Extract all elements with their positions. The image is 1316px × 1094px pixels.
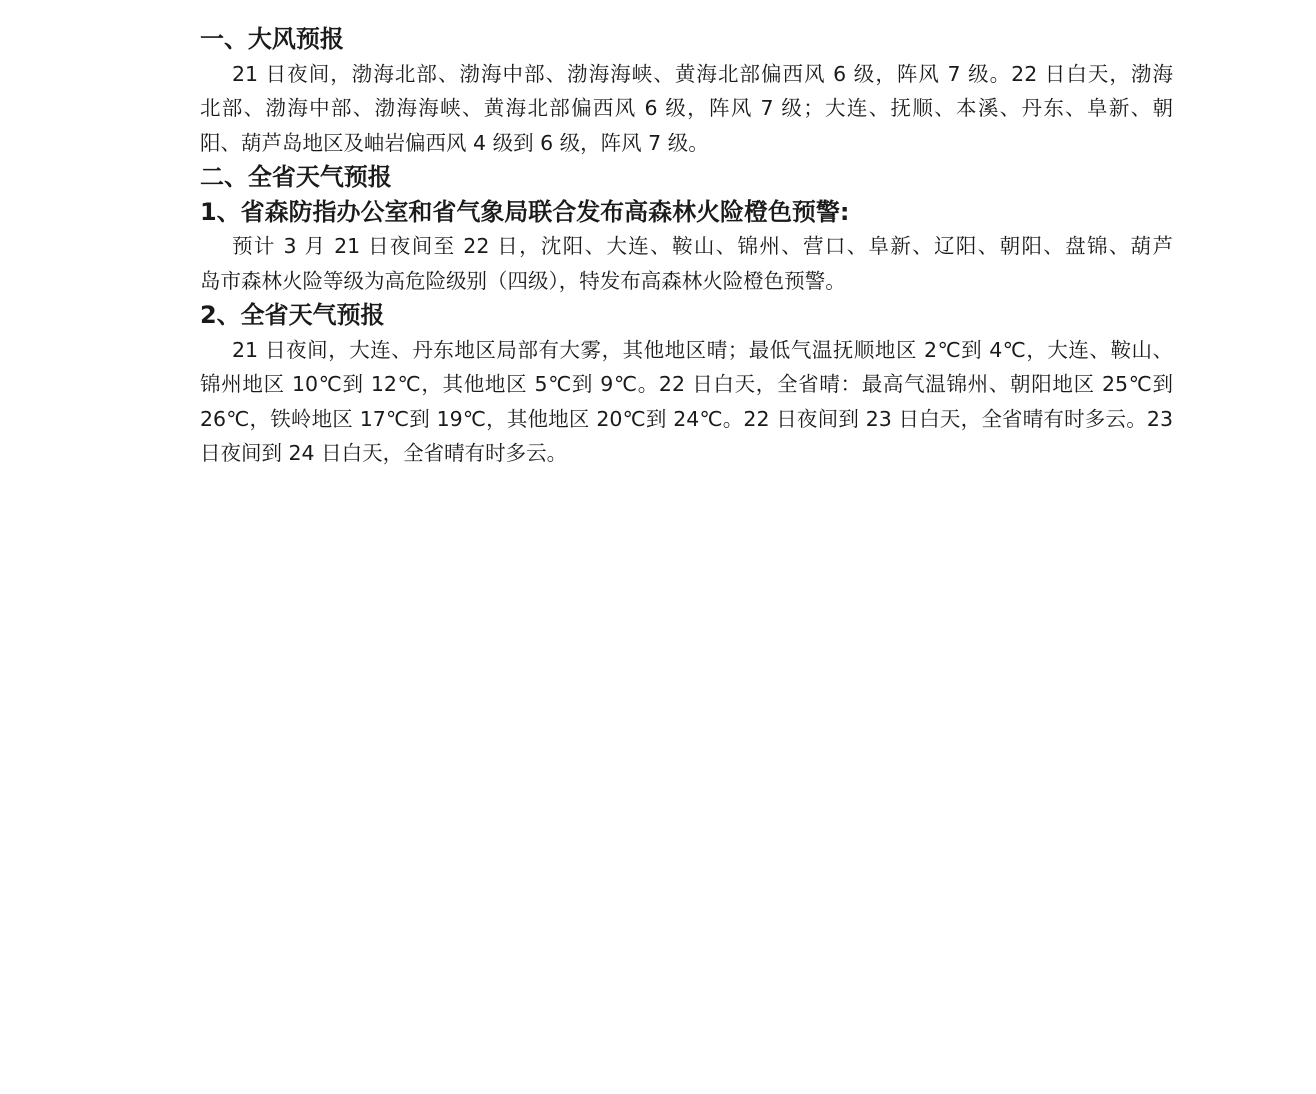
paragraph-wind-forecast: 21 日夜间，渤海北部、渤海中部、渤海海峡、黄海北部偏西风 6 级，阵风 7 级… (200, 57, 1173, 161)
document-body: 一、大风预报 21 日夜间，渤海北部、渤海中部、渤海海峡、黄海北部偏西风 6 级… (200, 22, 1173, 471)
paragraph-fire-warning: 预计 3 月 21 日夜间至 22 日，沈阳、大连、鞍山、锦州、营口、阜新、辽阳… (200, 229, 1173, 298)
text-line: 26℃，铁岭地区 17℃到 19℃，其他地区 20℃到 24℃。22 日夜间到 … (200, 402, 1173, 437)
text-line: 21 日夜间，渤海北部、渤海中部、渤海海峡、黄海北部偏西风 6 级，阵风 7 级… (200, 57, 1173, 92)
text-line: 北部、渤海中部、渤海海峡、黄海北部偏西风 6 级，阵风 7 级；大连、抚顺、本溪… (200, 91, 1173, 126)
paragraph-weather-forecast: 21 日夜间，大连、丹东地区局部有大雾，其他地区晴；最低气温抚顺地区 2℃到 4… (200, 333, 1173, 471)
text-line: 21 日夜间，大连、丹东地区局部有大雾，其他地区晴；最低气温抚顺地区 2℃到 4… (200, 333, 1173, 368)
text-line: 岛市森林火险等级为高危险级别（四级），特发布高森林火险橙色预警。 (200, 264, 1173, 299)
section-heading-province-weather: 二、全省天气预报 (200, 160, 1173, 195)
text-line: 日夜间到 24 日白天，全省晴有时多云。 (200, 436, 1173, 471)
subsection-heading-weather-forecast: 2、全省天气预报 (200, 298, 1173, 333)
text-line: 预计 3 月 21 日夜间至 22 日，沈阳、大连、鞍山、锦州、营口、阜新、辽阳… (200, 229, 1173, 264)
section-heading-wind-forecast: 一、大风预报 (200, 22, 1173, 57)
text-line: 阳、葫芦岛地区及岫岩偏西风 4 级到 6 级，阵风 7 级。 (200, 126, 1173, 161)
subsection-heading-fire-warning: 1、省森防指办公室和省气象局联合发布高森林火险橙色预警: (200, 195, 1173, 230)
text-line: 锦州地区 10℃到 12℃，其他地区 5℃到 9℃。22 日白天，全省晴：最高气… (200, 367, 1173, 402)
